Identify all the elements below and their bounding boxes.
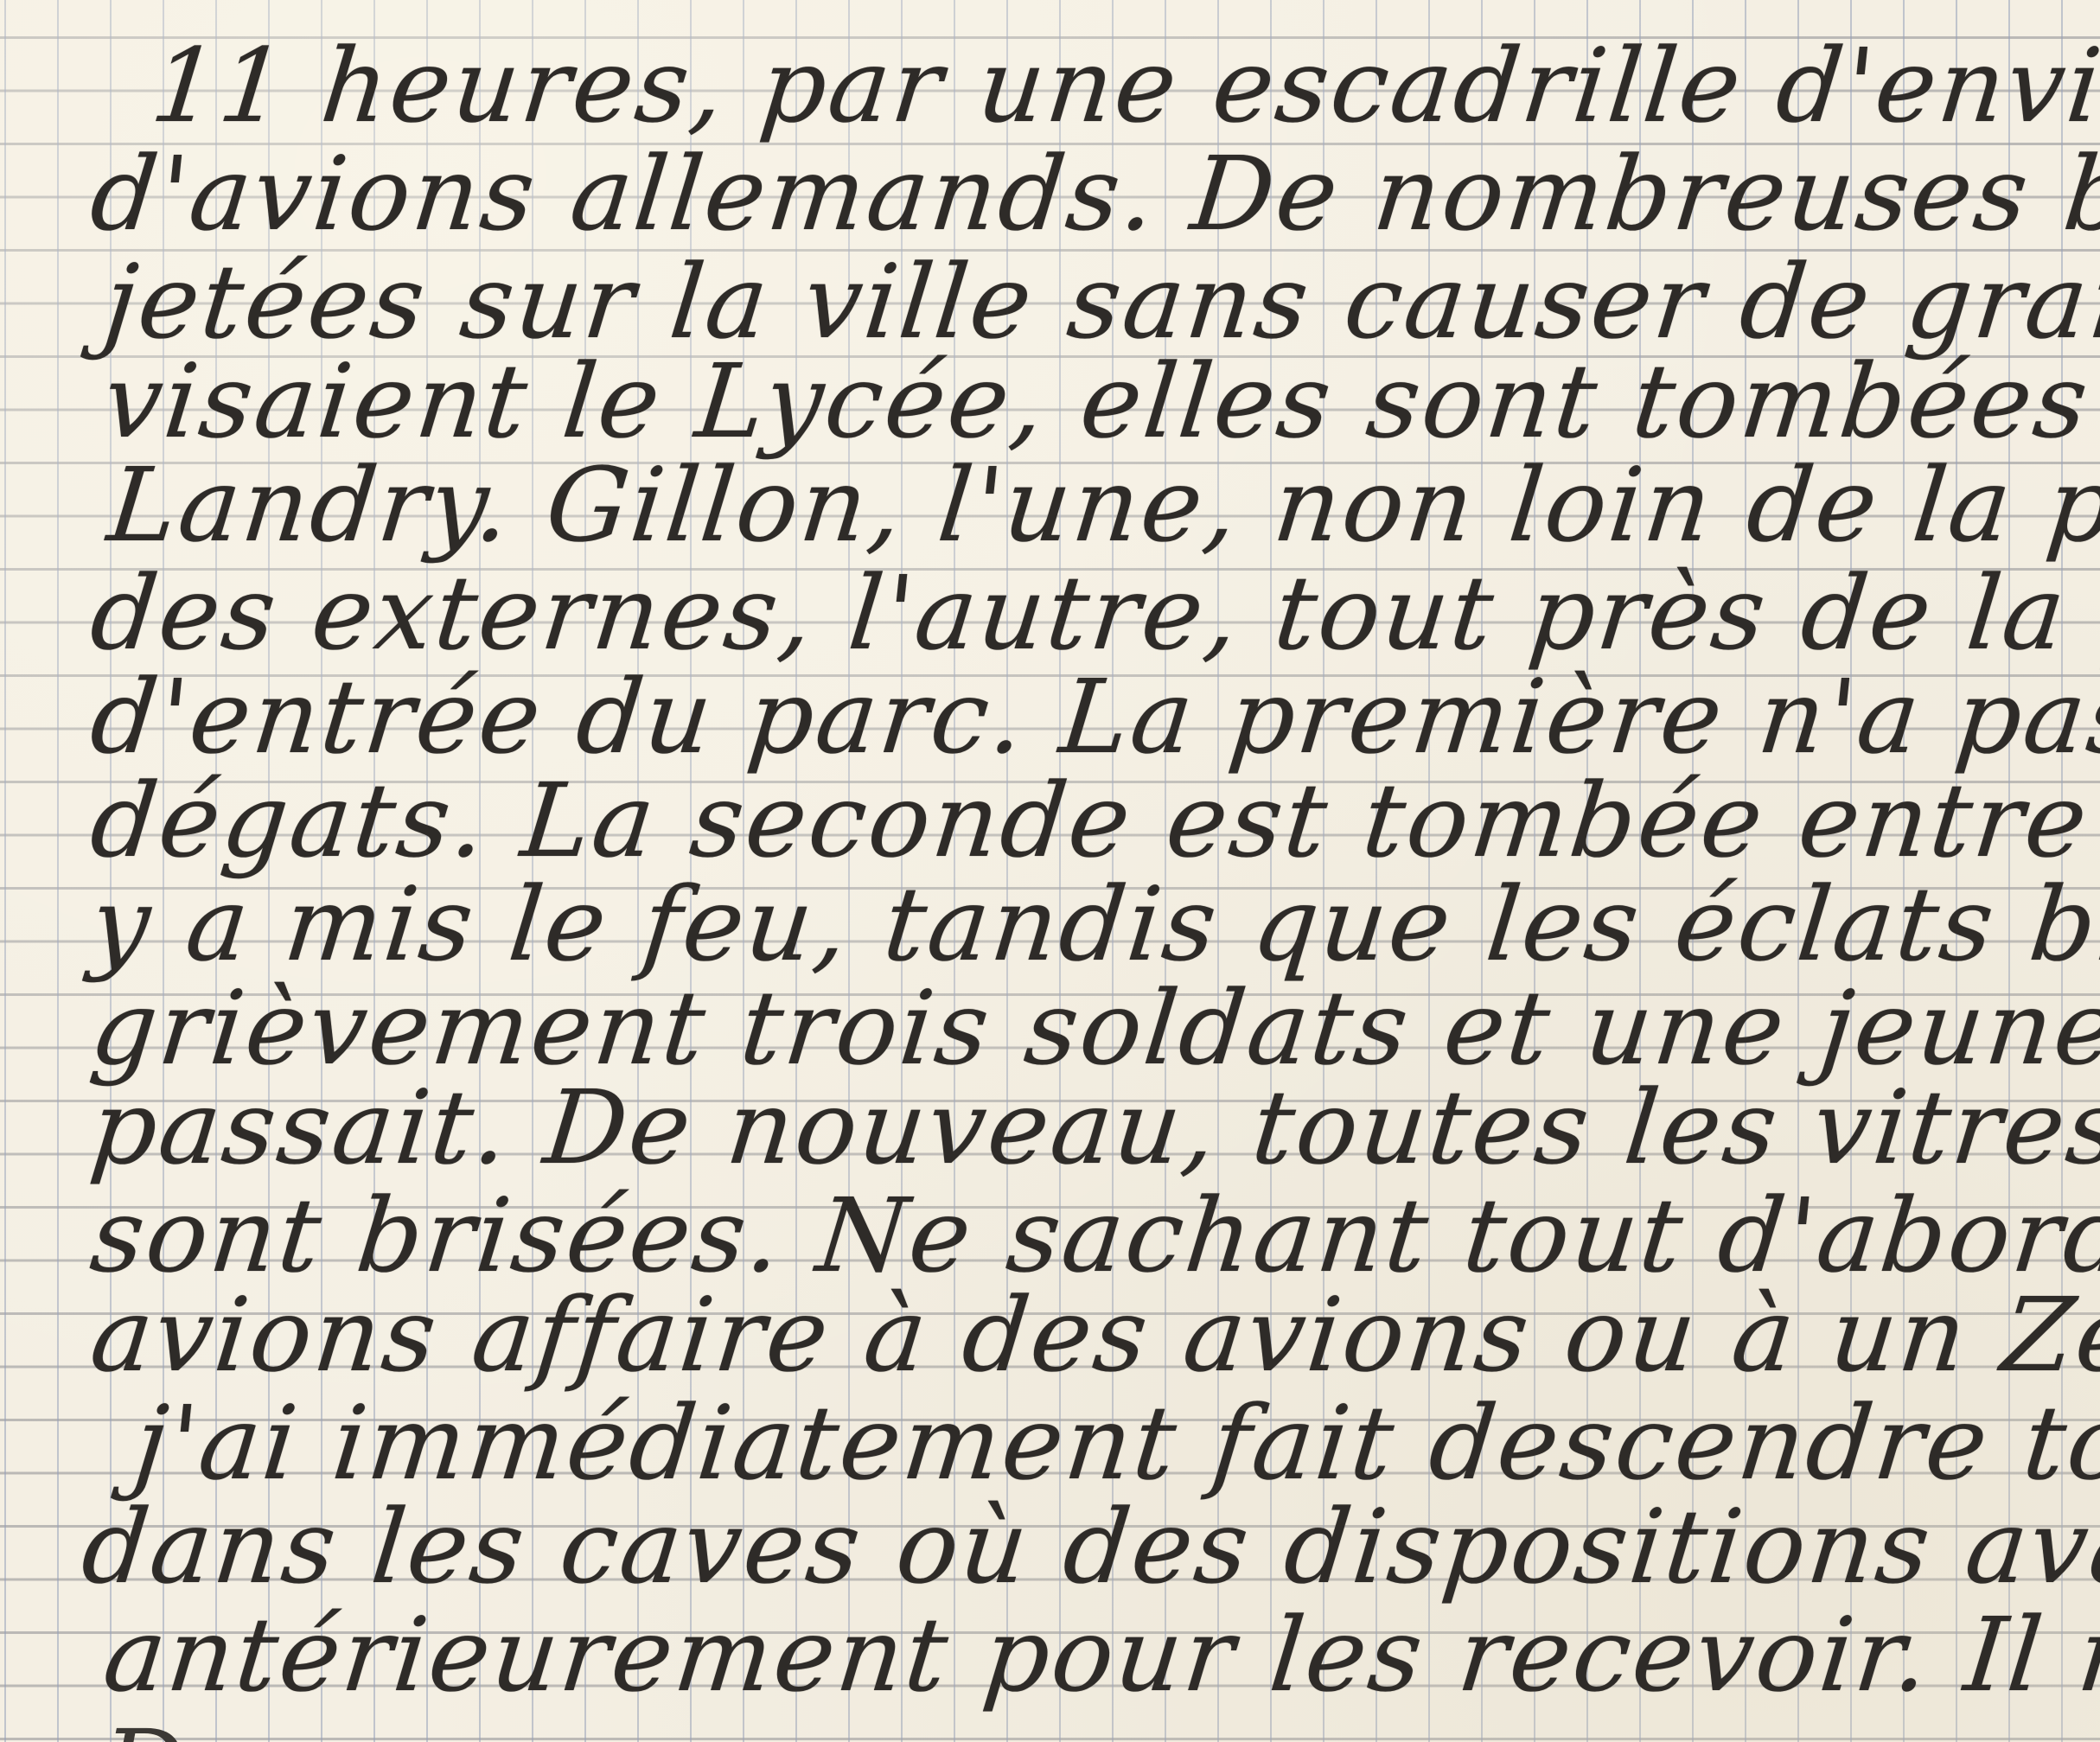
text-line-16: antérieurement pour les recevoir. Il n'y… <box>99 1604 2100 1706</box>
text-line-6: des externes, l'autre, tout près de la p… <box>86 562 2100 664</box>
text-line-9: y a mis le feu, tandis que les éclats bl… <box>86 873 2100 975</box>
handwritten-text-body: 11 heures, par une escadrille d'environ … <box>0 0 2100 1742</box>
text-line-14: j'ai immédiatement fait descendre tous n… <box>130 1392 2100 1494</box>
text-line-10: grièvement trois soldats et une jeune fi… <box>86 977 2100 1079</box>
text-line-1: 11 heures, par une escadrille d'environ … <box>147 35 2100 137</box>
handwritten-page: 11 heures, par une escadrille d'environ … <box>0 0 2100 1742</box>
text-line-12: sont brisées. Ne sachant tout d'abord si… <box>86 1184 2100 1286</box>
text-line-8: dégats. La seconde est tombée entre deux… <box>86 769 2100 871</box>
text-line-7: d'entrée du parc. La première n'a pas fa… <box>86 666 2100 768</box>
text-line-2: d'avions allemands. De nombreuses bombes… <box>86 143 2100 245</box>
text-line-partial-cropped: De ... <box>104 1707 375 1742</box>
text-line-5: Landry. Gillon, l'une, non loin de la po… <box>104 454 2100 556</box>
text-line-4: visaient le Lycée, elles sont tombées da… <box>99 350 2100 452</box>
text-line-15: dans les caves où des dispositions avaie… <box>78 1496 2100 1598</box>
text-line-3: jetées sur la ville sans causer de grand… <box>99 251 2100 353</box>
text-line-11: passait. De nouveau, toutes les vitres d… <box>86 1076 2100 1178</box>
text-line-13: avions affaire à des avions ou à un Zepp… <box>86 1284 2100 1386</box>
